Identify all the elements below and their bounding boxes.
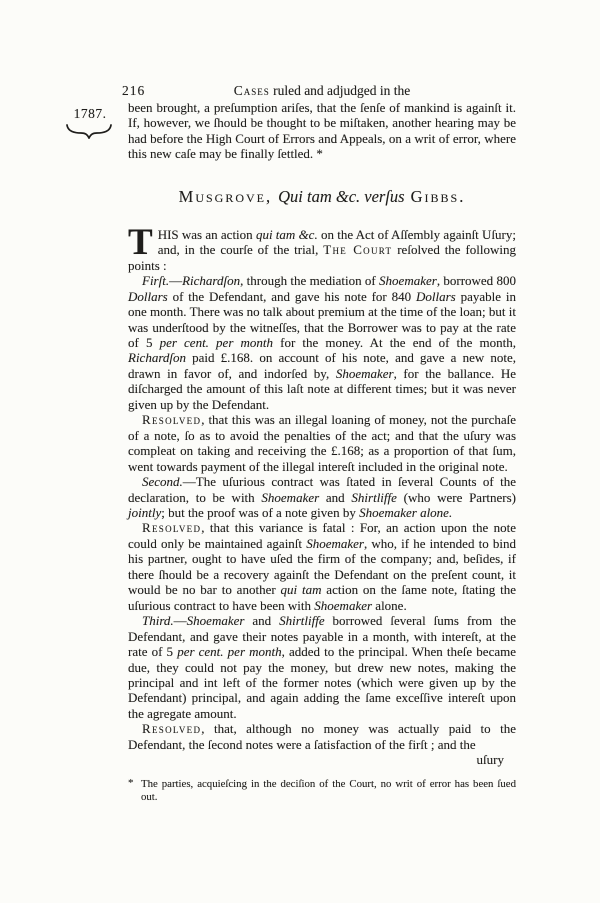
- running-header-rest: ruled and adjudged in the: [270, 83, 411, 98]
- paragraph-resolved-first: Resolved, that this was an illegal loani…: [128, 412, 516, 474]
- drop-cap: T: [128, 227, 158, 257]
- opening-paragraph-text: HIS was an action qui tam &c. on the Act…: [128, 227, 516, 273]
- running-header-smallcaps: Cases: [234, 83, 270, 98]
- paragraph-point-third: Third.—Shoemaker and Shirtliffe borrowed…: [128, 613, 516, 721]
- paragraph-resolved-third: Resolved, that, although no money was ac…: [128, 721, 516, 752]
- page-number: 216: [122, 83, 145, 99]
- case-title: Musgrove,Qui tam &c. verſusGibbs.: [128, 187, 516, 207]
- margin-note: 1787.: [64, 105, 116, 139]
- text-column: 216 Cases ruled and adjudged in the been…: [128, 83, 516, 804]
- paragraph-resolved-second: Resolved, that this variance is fatal : …: [128, 520, 516, 613]
- body-text: been brought, a preſumption ariſes, that…: [128, 100, 516, 804]
- footnote-text: The parties, acquieſcing in the deciſion…: [141, 778, 516, 803]
- paragraph-point-second: Second.—The uſurious contract was ſtated…: [128, 474, 516, 520]
- paragraph-point-first: Firſt.—Richardſon, through the mediation…: [128, 273, 516, 412]
- book-page: 1787. 216 Cases ruled and adjudged in th…: [0, 0, 600, 903]
- margin-year: 1787.: [74, 106, 107, 121]
- page-header: 216 Cases ruled and adjudged in the: [128, 83, 516, 100]
- curly-brace-icon: [64, 124, 114, 139]
- opening-paragraph: THIS was an action qui tam &c. on the Ac…: [128, 227, 516, 273]
- catchword: uſury: [128, 752, 516, 767]
- intro-paragraph: been brought, a preſumption ariſes, that…: [128, 100, 516, 162]
- case-title-plaintiff: Musgrove,: [179, 187, 272, 206]
- case-title-versus: Qui tam &c. verſus: [278, 187, 404, 206]
- footnote: *The parties, acquieſcing in the deciſio…: [128, 778, 516, 804]
- asterisk-icon: *: [128, 777, 134, 790]
- case-title-defendant: Gibbs.: [411, 187, 466, 206]
- running-header: Cases ruled and adjudged in the: [234, 83, 411, 98]
